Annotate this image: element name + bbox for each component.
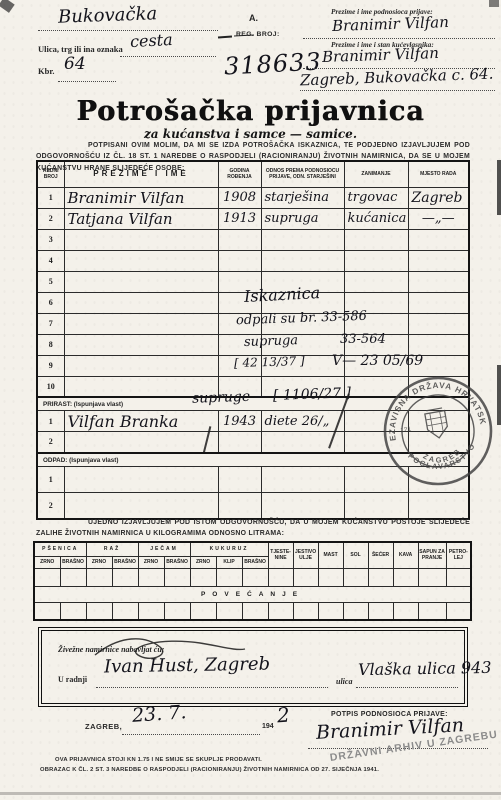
row-number: 1: [37, 187, 64, 208]
scan-artifact: [497, 365, 501, 425]
row-number: 9: [37, 355, 64, 376]
scan-artifact: [0, 0, 15, 13]
row-number: 10: [37, 376, 64, 397]
cell-name: Vilfan Branka: [64, 411, 218, 432]
street-name-handwritten: Bukovačka: [58, 3, 158, 27]
sub-col-zrno: ZRNO: [86, 556, 112, 568]
cell-year: 1908: [218, 187, 261, 208]
cell-name: Branimir Vilfan: [64, 187, 218, 208]
table-row: 3: [37, 229, 469, 250]
row-number: 2: [37, 432, 64, 453]
row-number: 6: [37, 292, 64, 313]
household-table-wrap: REDNI BROJ PREZIME I IME GODINA ROĐENJA …: [36, 160, 468, 398]
stamp-shield: [425, 411, 449, 440]
cell-relation: supruga: [261, 208, 344, 229]
col-header-tjestenine: TJESTE-NINE: [268, 542, 293, 568]
scan-artifact: [0, 792, 501, 795]
sub-col-brasno: BRAŠNO: [164, 556, 190, 568]
col-header-zanimanje: ZANIMANJE: [344, 161, 408, 187]
col-header-odnos: ODNOS PREMA PODNOSIOCU PRIJAVE, ODN. STA…: [261, 161, 344, 187]
rule-line: [58, 80, 116, 82]
group-header-row: PŠENICA RAŽ JEČAM KUKURUZ TJESTE-NINE JE…: [34, 542, 471, 556]
col-header-secer: ŠEĆER: [368, 542, 393, 568]
year-handwritten: 2: [276, 703, 290, 728]
sub-col-zrno: ZRNO: [190, 556, 216, 568]
form-reference-note: OBRAZAC K ČL. 2 ST. 3 NAREDBE O RASPODJE…: [40, 767, 379, 773]
table-row: 1 Branimir Vilfan 1908 starješina trgova…: [37, 187, 469, 208]
note-iskaznica: Iskaznica: [244, 283, 321, 306]
supplies-table-wrap: PŠENICA RAŽ JEČAM KUKURUZ TJESTE-NINE JE…: [33, 541, 472, 621]
rule-line: [300, 89, 495, 91]
sub-col-zrno: ZRNO: [34, 556, 60, 568]
col-header-jestivo-ulje: JESTIVO ULJE: [293, 542, 318, 568]
shop-field-label: U radnji: [58, 675, 87, 684]
row-number: 8: [37, 334, 64, 355]
cell-year: 1913: [218, 208, 261, 229]
row-number: 4: [37, 250, 64, 271]
date-handwritten: 23. 7.: [131, 701, 187, 727]
col-group-raz: RAŽ: [86, 542, 138, 556]
pen-dash: [218, 36, 232, 39]
col-header-mjesto-rada: MJESTO RADA: [408, 161, 469, 187]
price-note: OVA PRIJAVNICA STOJI KN 1.75 I NE SMIJE …: [55, 757, 262, 763]
supplies-declaration: UJEDNO IZJAVLJUJEM POD ISTOM ODGOVORNOŠĆ…: [36, 517, 470, 539]
owner-handwritten: Branimir Vilfan: [322, 44, 439, 66]
note-bracket-number: [ 42 13/37 ]: [234, 354, 305, 370]
shop-street-label: ulica: [336, 677, 352, 686]
rule-line: [120, 55, 216, 57]
rule-line: [303, 37, 495, 39]
stamp-number: 121: [400, 426, 412, 435]
col-header-mast: MAST: [318, 542, 343, 568]
cell-occupation: kućanica: [344, 208, 408, 229]
row-number: 2: [37, 493, 64, 519]
col-header-petrolej: PETRO-LEJ: [446, 542, 471, 568]
cell-relation: starješina: [261, 187, 344, 208]
supplies-value-row: [34, 568, 471, 586]
sub-col-brasno: BRAŠNO: [242, 556, 268, 568]
page-title: Potrošačka prijavnica: [0, 96, 501, 127]
supplies-value-row: [34, 602, 471, 620]
note-33-564: 33-564: [340, 332, 386, 347]
rule-line: [122, 733, 260, 735]
scan-artifact: [489, 0, 499, 7]
row-number: 1: [37, 467, 64, 493]
rule-line: [96, 686, 328, 688]
sub-col-klip: KLIP: [216, 556, 242, 568]
shop-box: Živežne namirnice nabavljat ću: U radnji…: [38, 627, 468, 707]
street-type-handwritten: cesta: [130, 30, 174, 51]
row-number: 7: [37, 313, 64, 334]
cell-workplace: Zagreb: [408, 187, 469, 208]
increase-row: POVEĆANJE: [34, 586, 471, 602]
scanned-ration-form: Bukovačka A. REG. BROJ: 318633 Ulica, tr…: [0, 0, 501, 800]
row-number: 5: [37, 271, 64, 292]
cell-occupation: trgovac: [344, 187, 408, 208]
year-prefix: 194: [262, 723, 274, 730]
cell-year: 1943: [218, 411, 261, 432]
section-a-label: A.: [249, 13, 258, 23]
note-supruga: supruga: [244, 333, 299, 350]
table-row: 2: [37, 493, 469, 519]
cell-name: Tatjana Vilfan: [64, 208, 218, 229]
col-header-redni-broj: REDNI BROJ: [37, 161, 64, 187]
col-header-kava: KAVA: [393, 542, 418, 568]
col-header-sapun: SAPUN ZA PRANJE: [418, 542, 446, 568]
table-row: 2 Tatjana Vilfan 1913 supruga kućanica —…: [37, 208, 469, 229]
sub-col-brasno: BRAŠNO: [60, 556, 86, 568]
house-number-handwritten: 64: [64, 54, 86, 74]
cell-relation: diete 26/„: [261, 411, 344, 432]
row-number: 2: [37, 208, 64, 229]
note-v-number: V— 23 05/69: [332, 353, 423, 369]
shop-street-handwritten: Vlaška ulica 943: [358, 658, 492, 679]
row-number: 3: [37, 229, 64, 250]
col-group-psenica: PŠENICA: [34, 542, 86, 556]
page-subtitle: za kućanstva i samce — samice.: [0, 127, 501, 141]
sub-col-brasno: BRAŠNO: [112, 556, 138, 568]
increase-label: POVEĆANJE: [34, 586, 471, 602]
applicant-handwritten: Branimir Vilfan: [332, 13, 449, 35]
cell-workplace: —„—: [408, 208, 469, 229]
rule-line: [356, 686, 458, 688]
official-round-stamp: NEZAVISNA DRŽAVA HRVATSKA POGLAVARSTVO Z…: [372, 365, 501, 497]
rule-line: [38, 29, 218, 31]
table-row: 4: [37, 250, 469, 271]
col-group-jecam: JEČAM: [138, 542, 190, 556]
sub-col-zrno: ZRNO: [138, 556, 164, 568]
col-header-sol: SOL: [343, 542, 368, 568]
row-number: 1: [37, 411, 64, 432]
col-group-kukuruz: KUKURUZ: [190, 542, 268, 556]
supplies-table: PŠENICA RAŽ JEČAM KUKURUZ TJESTE-NINE JE…: [33, 541, 472, 621]
col-header-godina: GODINA ROĐENJA: [218, 161, 261, 187]
header-row: REDNI BROJ PREZIME I IME GODINA ROĐENJA …: [37, 161, 469, 187]
col-header-prezime-ime: PREZIME I IME: [64, 161, 218, 187]
scan-artifact: [497, 160, 501, 215]
shop-name-handwritten: Ivan Hust, Zagreb: [104, 654, 270, 678]
city-label: ZAGREB,: [85, 722, 122, 731]
street-label: Ulica, trg ili ina oznaka: [38, 44, 123, 54]
house-number-label: Kbr.: [38, 66, 54, 76]
